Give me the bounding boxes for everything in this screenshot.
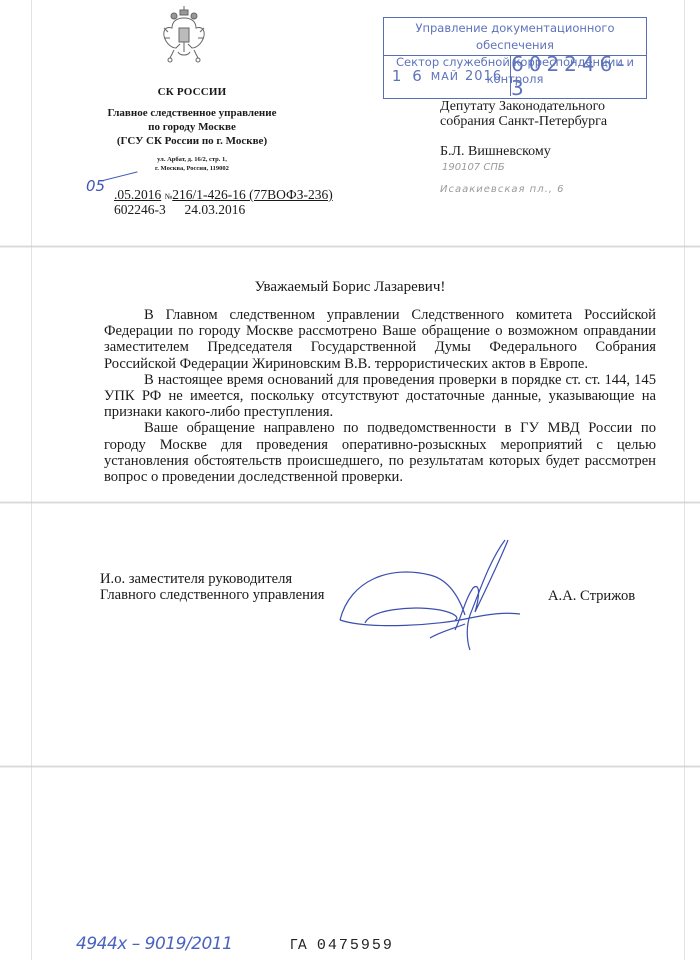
stamp-month: МАЙ [431,70,459,83]
letter-paragraph: В настоящее время оснований для проведен… [104,372,656,421]
address-line: ул. Арбат, д. 16/2, стр. 1, [92,155,292,164]
paper-fold-line [0,501,700,504]
signatory-name: А.А. Стрижов [548,588,635,605]
signatory-title-line: Главного следственного управления [100,587,324,603]
salutation: Уважаемый Борис Лазаревич! [0,279,700,296]
stamp-line: Управление документационного обеспечения [384,20,646,54]
handwritten-address: Исаакиевская пл., 6 [440,184,565,195]
serial-prefix: ГА [290,938,307,953]
addressee-position: Депутату Законодательного собрания Санкт… [440,99,607,129]
signatory-title: И.о. заместителя руководителя Главного с… [100,571,324,603]
paper-edge-line [684,0,685,960]
handwritten-postcode: 190107 СПБ [442,162,505,173]
address-line: г. Москва, Россия, 119002 [92,164,292,173]
letter-paragraph: В Главном следственном управлении Следст… [104,307,656,372]
letter-paragraph: Ваше обращение направлено по подведомств… [104,420,656,485]
outgoing-date: .05.2016 [114,187,161,202]
org-name-line: (ГСУ СК России по г. Москве) [92,134,292,148]
stamp-year: 2016 [465,69,502,84]
handwritten-signature [330,520,530,660]
paper-fold-line [0,765,700,768]
stamp-date: 1 6 МАЙ 2016 [384,56,511,96]
outgoing-registration: .05.2016 №216/1-426-16 (77ВОФЗ-236) [114,187,333,203]
paper-edge-line [31,0,32,960]
addressee-line: Депутату Законодательного [440,99,607,114]
russian-coat-of-arms-icon [160,4,208,66]
org-address: ул. Арбат, д. 16/2, стр. 1, г. Москва, Р… [92,155,292,173]
stamp-day: 1 6 [392,67,425,85]
addressee-name: Б.Л. Вишневскому [440,144,551,160]
incoming-ref-number: 602246-3 [114,202,166,217]
outgoing-number: 216/1-426-16 (77ВОФЗ-236) [172,187,332,202]
letter-body: В Главном следственном управлении Следст… [104,307,656,485]
stamp-body: 1 6 МАЙ 2016 602246-3 [384,56,646,96]
org-title: СК РОССИИ [92,86,292,98]
addressee-line: собрания Санкт-Петербурга [440,114,607,129]
paper-fold-line [0,245,700,248]
org-name-line: Главное следственное управление [92,106,292,120]
form-serial: ГА0475959 [290,937,394,954]
incoming-ref-date: 24.03.2016 [185,202,246,217]
registration-stamp: Управление документационного обеспечения… [383,17,647,99]
stamp-header: Управление документационного обеспечения… [384,18,646,56]
organization-header: СК РОССИИ Главное следственное управлени… [92,86,292,148]
stamp-reg-number: 602246-3 [511,56,646,96]
incoming-reference: 602246-3 24.03.2016 [114,202,245,218]
serial-number: 0475959 [317,937,394,954]
handwritten-footer-note: 4944х – 9019/2011 [76,934,232,954]
org-name-line: по городу Москве [92,120,292,134]
signatory-title-line: И.о. заместителя руководителя [100,571,324,587]
